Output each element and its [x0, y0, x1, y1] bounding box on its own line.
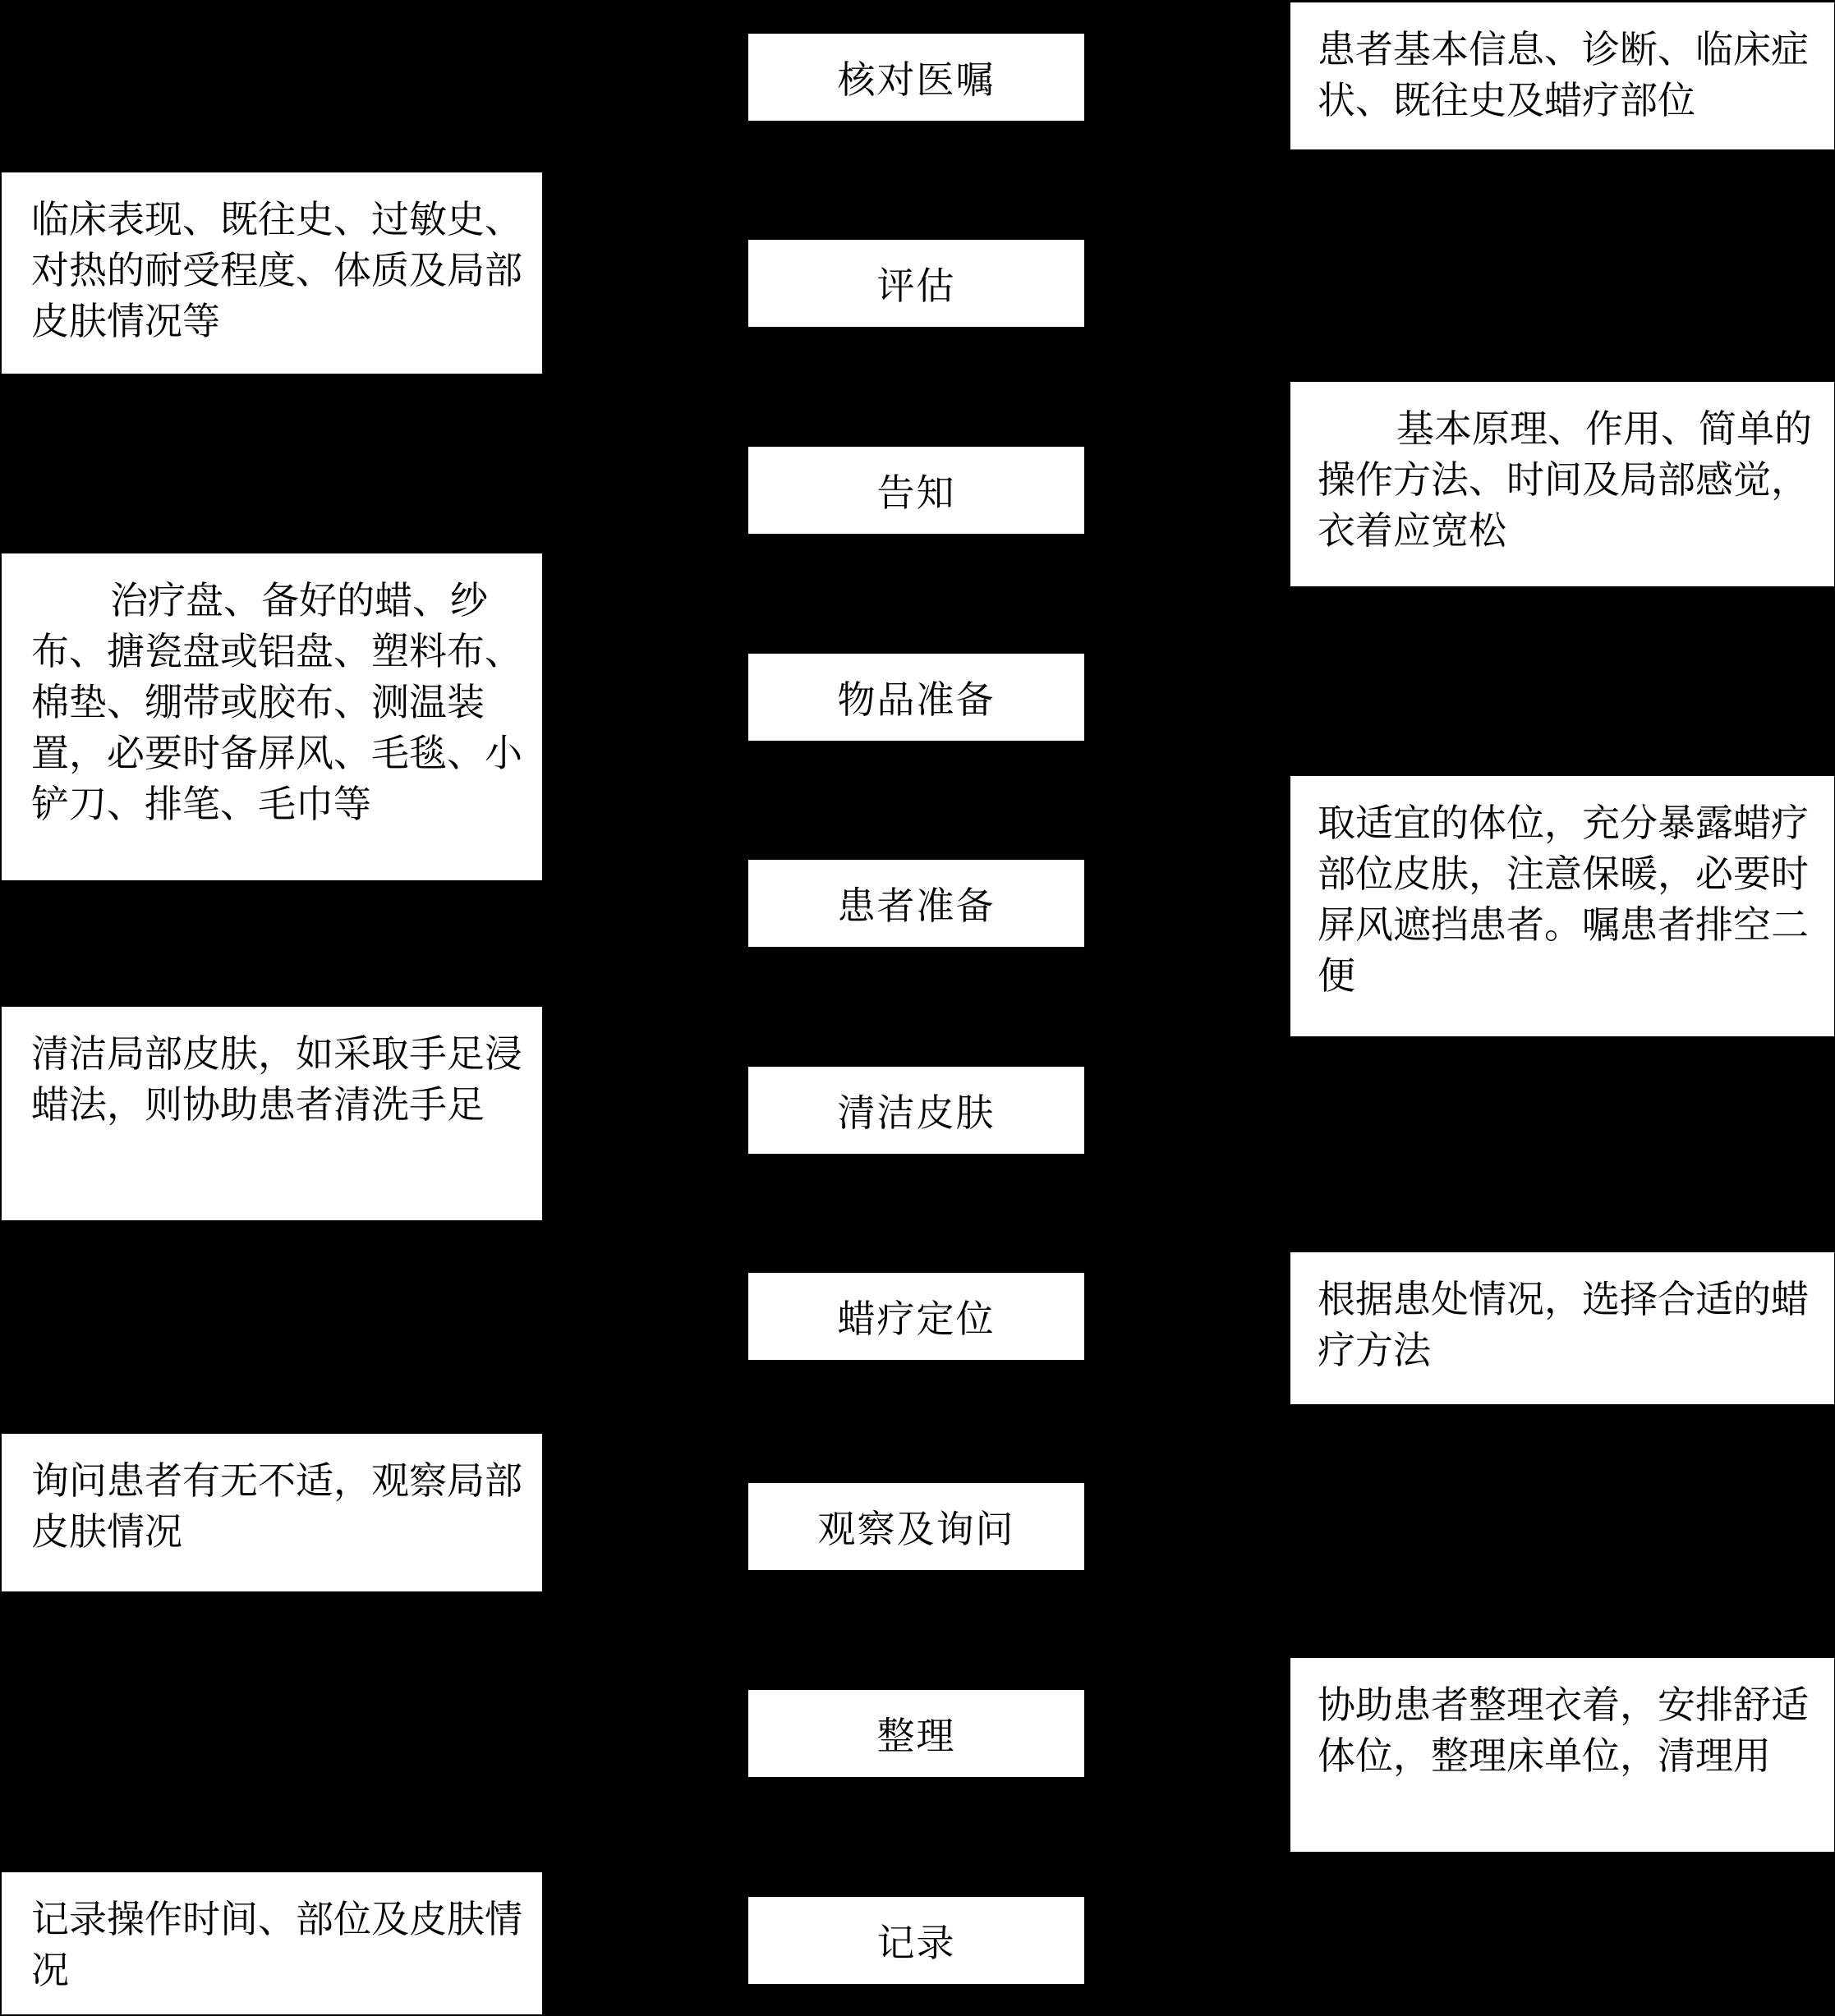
note-text: 基本原理、作用、简单的操作方法、时间及局部感觉，衣着应宽松 — [1318, 403, 1824, 556]
note-text: 临床表现、既往史、过敏史、对热的耐受程度、体质及局部皮肤情况等 — [31, 194, 531, 347]
step-label: 告知 — [877, 463, 956, 517]
note-verify-orders: 患者基本信息、诊断、临床症状、既往史及蜡疗部位 — [1290, 2, 1834, 149]
step-label: 评估 — [877, 256, 956, 310]
note-text: 清洁局部皮肤，如采取手足浸蜡法，则协助患者清洗手足 — [31, 1028, 531, 1130]
step-label: 清洁皮肤 — [838, 1083, 996, 1137]
step-wax-positioning: 蜡疗定位 — [748, 1273, 1084, 1360]
step-label: 核对医嘱 — [838, 50, 996, 104]
note-record: 记录操作时间、部位及皮肤情况 — [2, 1872, 542, 2014]
step-record: 记录 — [748, 1897, 1084, 1984]
step-assessment: 评估 — [748, 240, 1084, 327]
step-label: 蜡疗定位 — [838, 1289, 996, 1343]
note-clean-skin: 清洁局部皮肤，如采取手足浸蜡法，则协助患者清洗手足 — [2, 1007, 542, 1220]
note-text: 协助患者整理衣着，安排舒适体位，整理床单位，清理用 — [1318, 1679, 1824, 1781]
note-tidy-up: 协助患者整理衣着，安排舒适体位，整理床单位，清理用 — [1290, 1658, 1834, 1852]
step-verify-orders: 核对医嘱 — [748, 34, 1084, 121]
note-text: 询问患者有无不适，观察局部皮肤情况 — [31, 1455, 531, 1557]
step-label: 记录 — [877, 1913, 956, 1968]
note-wax-positioning: 根据患处情况，选择合适的蜡疗方法 — [1290, 1252, 1834, 1404]
note-text: 取适宜的体位，充分暴露蜡疗部位皮肤，注意保暖，必要时屏风遮挡患者。嘱患者排空二便 — [1318, 797, 1824, 1001]
note-text: 治疗盘、备好的蜡、纱布、搪瓷盘或铝盘、塑料布、棉垫、绷带或胶布、测温装置，必要时… — [31, 575, 531, 829]
note-text: 患者基本信息、诊断、临床症状、既往史及蜡疗部位 — [1318, 24, 1824, 126]
step-label: 患者准备 — [838, 876, 996, 930]
step-label: 物品准备 — [838, 670, 996, 724]
step-inform: 告知 — [748, 447, 1084, 534]
note-supplies: 治疗盘、备好的蜡、纱布、搪瓷盘或铝盘、塑料布、棉垫、绷带或胶布、测温装置，必要时… — [2, 553, 542, 880]
note-patient-prep: 取适宜的体位，充分暴露蜡疗部位皮肤，注意保暖，必要时屏风遮挡患者。嘱患者排空二便 — [1290, 776, 1834, 1036]
step-label: 整理 — [877, 1706, 956, 1761]
step-supplies-prep: 物品准备 — [748, 654, 1084, 741]
step-tidy-up: 整理 — [748, 1690, 1084, 1777]
note-assessment: 临床表现、既往史、过敏史、对热的耐受程度、体质及局部皮肤情况等 — [2, 172, 542, 374]
note-inform: 基本原理、作用、简单的操作方法、时间及局部感觉，衣着应宽松 — [1290, 382, 1834, 586]
note-observe-inquire: 询问患者有无不适，观察局部皮肤情况 — [2, 1434, 542, 1591]
note-text: 根据患处情况，选择合适的蜡疗方法 — [1318, 1274, 1824, 1375]
note-text: 记录操作时间、部位及皮肤情况 — [31, 1894, 531, 1995]
step-observe-inquire: 观察及询问 — [748, 1483, 1084, 1570]
step-patient-prep: 患者准备 — [748, 860, 1084, 947]
step-label: 观察及询问 — [818, 1499, 1015, 1554]
step-clean-skin: 清洁皮肤 — [748, 1067, 1084, 1154]
